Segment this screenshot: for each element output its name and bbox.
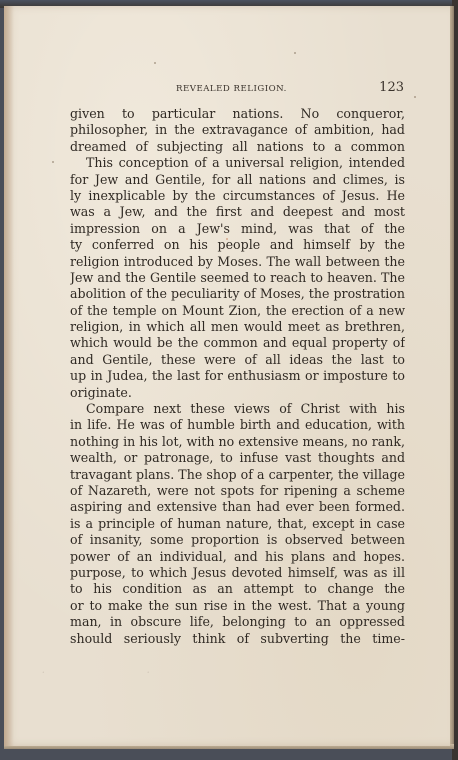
text-line: up in Judea, the last for enthusiasm or … [70, 368, 405, 384]
text-line: ty conferred on his people and himself b… [70, 237, 405, 253]
text-line: wealth, or patronage, to infuse vast tho… [70, 450, 405, 466]
paper-speck [154, 62, 156, 64]
text-line: Compare next these views of Christ with … [70, 401, 405, 417]
text-line: of the temple on Mount Zion, the erectio… [70, 303, 405, 319]
text-line: aspiring and extensive than had ever bee… [70, 499, 405, 515]
text-line: Jew and the Gentile seemed to reach to h… [70, 270, 405, 286]
text-line: should seriously think of subverting the… [70, 631, 405, 647]
text-line: religion introduced by Moses. The wall b… [70, 254, 405, 270]
text-line: purpose, to which Jesus devoted himself,… [70, 565, 405, 581]
text-line: abolition of the peculiarity of Moses, t… [70, 286, 405, 302]
text-line: in life. He was of humble birth and educ… [70, 417, 405, 433]
body-text: given to particular nations. No conquero… [70, 106, 405, 647]
text-line: power of an individual, and his plans an… [70, 549, 405, 565]
paper-speck [294, 52, 296, 54]
text-line: This conception of a universal religion,… [70, 155, 405, 171]
text-line: religion, in which all men would meet as… [70, 319, 405, 335]
running-title: REVEALED RELIGION. [176, 84, 287, 94]
text-line: and Gentile, these were of all ideas the… [70, 352, 405, 368]
text-line: or to make the sun rise in the west. Tha… [70, 598, 405, 614]
text-line: impression on a Jew's mind, was that of … [70, 221, 405, 237]
text-line: of Nazareth, were not spots for ripening… [70, 483, 405, 499]
page-number: 123 [379, 80, 404, 95]
text-line: of insanity, some proportion is observed… [70, 532, 405, 548]
text-line: originate. [70, 385, 405, 401]
text-line: dreamed of subjecting all nations to a c… [70, 139, 405, 155]
paper-speck [52, 161, 54, 163]
text-line: to his condition as an attempt to change… [70, 581, 405, 597]
text-line: philosopher, in the extravagance of ambi… [70, 122, 405, 138]
book-page: REVEALED RELIGION. 123 given to particul… [4, 6, 450, 746]
text-line: was a Jew, and the first and deepest and… [70, 204, 405, 220]
text-line: ly inexplicable by the circumstances of … [70, 188, 405, 204]
faint-bleed-through-handwriting: . . [28, 661, 428, 741]
text-line: for Jew and Gentile, for all nations and… [70, 172, 405, 188]
text-line: man, in obscure life, belonging to an op… [70, 614, 405, 630]
gutter-shadow [4, 6, 14, 746]
text-line: travagant plans. The shop of a carpenter… [70, 467, 405, 483]
text-line: which would be the common and equal prop… [70, 335, 405, 351]
text-line: given to particular nations. No conquero… [70, 106, 405, 122]
running-head: REVEALED RELIGION. 123 [66, 80, 412, 98]
text-line: nothing in his lot, with no extensive me… [70, 434, 405, 450]
paper-speck [414, 96, 416, 98]
text-line: is a principle of human nature, that, ex… [70, 516, 405, 532]
